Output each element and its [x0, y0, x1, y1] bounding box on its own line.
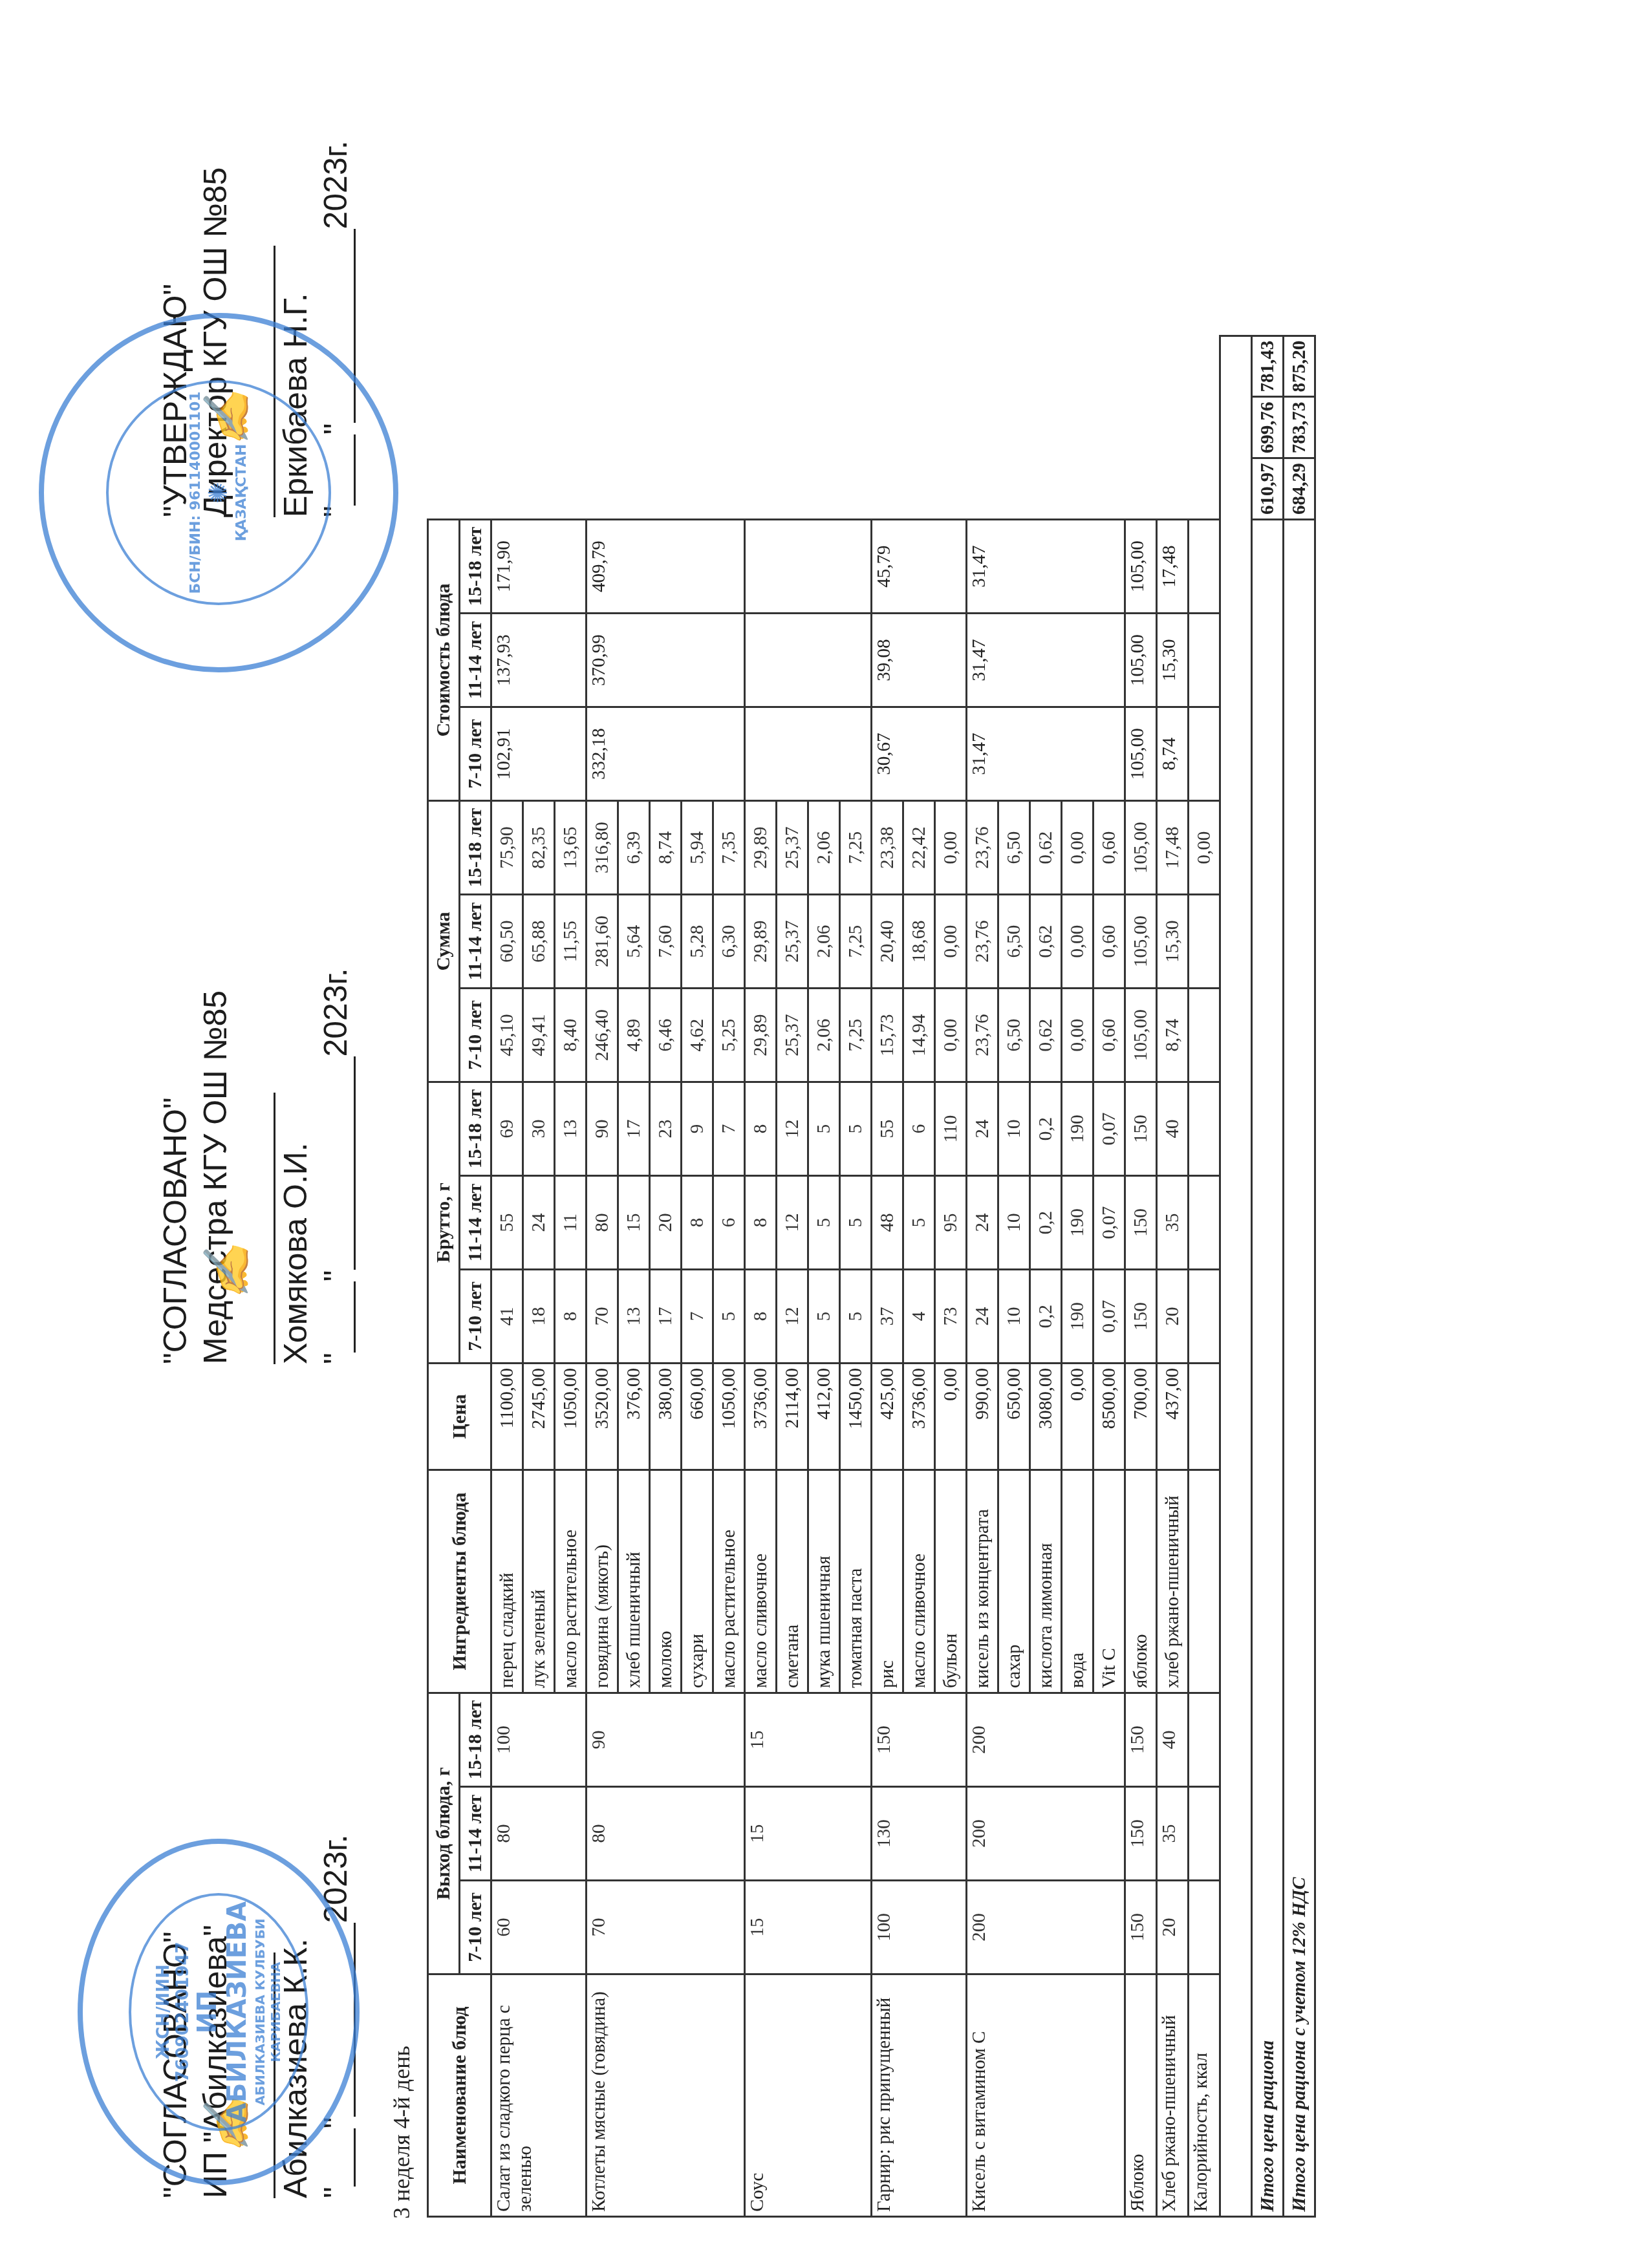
dish-output: 90: [587, 1693, 745, 1787]
ingredient-brutto: 20: [1157, 1270, 1189, 1364]
dish-cost: [745, 520, 872, 614]
calories-output: [1189, 1881, 1220, 1974]
spacer-row: [1220, 336, 1252, 2216]
ingredient-sum: 281,60: [587, 895, 618, 989]
dish-output: 20: [1157, 1881, 1189, 1974]
dish-output: 35: [1157, 1787, 1189, 1881]
ingredient-name: перец сладкий: [491, 1470, 523, 1693]
totals-row: Итого цена рациона с учетом 12% НДС684,2…: [1284, 336, 1315, 2216]
ingredient-brutto: 11: [555, 1176, 587, 1270]
ingredient-name: масло сливочное: [903, 1470, 935, 1693]
ingredient-sum: 45,10: [491, 989, 523, 1082]
ingredient-sum: 7,60: [650, 895, 682, 989]
table-row: Кисель с витамином С200200200кисель из к…: [967, 336, 998, 2216]
ingredient-brutto: 9: [682, 1082, 713, 1176]
ingredient-name: говядина (мякоть): [587, 1470, 618, 1693]
ingredient-brutto: 23: [650, 1082, 682, 1176]
ingredient-price: 1050,00: [713, 1364, 745, 1470]
ingredient-sum: 105,00: [1125, 801, 1157, 895]
header-dish: Наименование блюд: [428, 1974, 491, 2217]
ingredient-brutto: 5: [840, 1270, 872, 1364]
ingredient-sum: 6,30: [713, 895, 745, 989]
ingredient-brutto: 110: [935, 1082, 967, 1176]
ingredient-name: мука пшеничная: [808, 1470, 840, 1693]
ingredient-name: кисель из концентрата: [967, 1470, 998, 1693]
calories-sum: [1189, 989, 1220, 1082]
ingredient-brutto: 5: [808, 1176, 840, 1270]
ingredient-name: Vit C: [1094, 1470, 1125, 1693]
ingredient-brutto: 17: [618, 1082, 650, 1176]
ingredient-sum: 0,00: [1062, 895, 1094, 989]
ingredient-sum: 0,00: [1062, 801, 1094, 895]
ingredient-sum: 15,73: [872, 989, 903, 1082]
ingredient-sum: 23,38: [872, 801, 903, 895]
approval-name: Хомякова О.И.: [275, 968, 316, 1364]
ingredient-sum: 65,88: [523, 895, 555, 989]
dish-cost: 137,93: [491, 614, 587, 707]
ingredient-sum: 0,00: [935, 801, 967, 895]
dish-cost: 105,00: [1125, 520, 1157, 614]
header-ingredients: Ингредиенты блюда: [428, 1470, 491, 1693]
dish-output: 15: [745, 1787, 872, 1881]
dish-output: 70: [587, 1881, 745, 1974]
calories-empty: [1189, 520, 1220, 614]
ingredient-price: 3736,00: [745, 1364, 777, 1470]
ingredient-name: яблоко: [1125, 1470, 1157, 1693]
ingredient-brutto: 7: [713, 1082, 745, 1176]
dish-output: 80: [491, 1787, 587, 1881]
ingredient-brutto: 5: [808, 1082, 840, 1176]
ingredient-price: 0,00: [935, 1364, 967, 1470]
date-quote: ": [318, 1270, 354, 1282]
dish-cost: 39,08: [872, 614, 967, 707]
ingredient-sum: 29,89: [745, 989, 777, 1082]
stamp-supplier: ЖСН/ИИН 760902401947 ИП АБИЛКАЗИЕВА АБИЛ…: [78, 1839, 360, 2185]
ingredient-sum: 29,89: [745, 895, 777, 989]
approval-year: 2023г.: [318, 968, 354, 1056]
table-header-row: Наименование блюд Выход блюда, г Ингреди…: [428, 336, 460, 2216]
ingredient-name: масло растительное: [555, 1470, 587, 1693]
ingredient-sum: 6,50: [998, 989, 1030, 1082]
ingredient-sum: 13,65: [555, 801, 587, 895]
ingredient-brutto: 41: [491, 1270, 523, 1364]
ingredient-sum: 4,89: [618, 989, 650, 1082]
dish-name: Салат из сладкого перца с зеленью: [491, 1974, 587, 2217]
ingredient-sum: 18,68: [903, 895, 935, 989]
ingredient-sum: 75,90: [491, 801, 523, 895]
ingredient-brutto: 5: [808, 1270, 840, 1364]
stamp-text: БСН/БИН: 961140001101: [188, 391, 204, 594]
header-output: Выход блюда, г: [428, 1693, 460, 1974]
dish-cost: 171,90: [491, 520, 587, 614]
dish-cost: 45,79: [872, 520, 967, 614]
ingredient-sum: 6,50: [998, 895, 1030, 989]
ingredient-price: 1450,00: [840, 1364, 872, 1470]
ingredient-sum: 25,37: [777, 895, 808, 989]
ingredient-sum: 82,35: [523, 801, 555, 895]
dish-output: 150: [1125, 1881, 1157, 1974]
ingredient-sum: 6,39: [618, 801, 650, 895]
ingredient-brutto: 8: [745, 1176, 777, 1270]
ingredient-sum: 246,40: [587, 989, 618, 1082]
ingredient-brutto: 37: [872, 1270, 903, 1364]
ingredient-name: масло сливочное: [745, 1470, 777, 1693]
dish-cost: 105,00: [1125, 707, 1157, 801]
dish-output: 100: [491, 1693, 587, 1787]
ingredient-sum: 8,40: [555, 989, 587, 1082]
ingredient-brutto: 12: [777, 1176, 808, 1270]
stamp-school: БСН/БИН: 961140001101 ✺ ҚАЗАҚСТАН: [39, 313, 398, 672]
header-output-age-1: 11-14 лет: [460, 1787, 491, 1881]
dish-output: 150: [872, 1693, 967, 1787]
ingredient-price: 2114,00: [777, 1364, 808, 1470]
ingredient-sum: 0,62: [1030, 801, 1062, 895]
ingredient-brutto: 0,07: [1094, 1270, 1125, 1364]
ingredient-brutto: 7: [682, 1270, 713, 1364]
header-output-age-0: 7-10 лет: [460, 1881, 491, 1974]
dish-output: 80: [587, 1787, 745, 1881]
calories-empty: [1189, 614, 1220, 707]
ingredient-name: бульон: [935, 1470, 967, 1693]
calories-empty: [1189, 1470, 1220, 1693]
ingredient-brutto: 24: [967, 1082, 998, 1176]
ingredient-price: 8500,00: [1094, 1364, 1125, 1470]
ingredient-brutto: 24: [523, 1176, 555, 1270]
ingredient-sum: 6,50: [998, 801, 1030, 895]
ingredient-sum: 7,35: [713, 801, 745, 895]
ingredient-brutto: 190: [1062, 1082, 1094, 1176]
dish-cost: [745, 614, 872, 707]
ingredient-brutto: 6: [713, 1176, 745, 1270]
ingredient-sum: 105,00: [1125, 989, 1157, 1082]
ingredient-name: сухари: [682, 1470, 713, 1693]
ingredient-sum: 8,74: [650, 801, 682, 895]
dish-output: 200: [967, 1787, 1125, 1881]
dish-name: Гарнир: рис припущенный: [872, 1974, 967, 2217]
ingredient-brutto: 150: [1125, 1270, 1157, 1364]
ingredient-name: вода: [1062, 1470, 1094, 1693]
date-day-line: [354, 1281, 356, 1353]
approval-org: Медсестра КГУ ОШ №85: [195, 968, 235, 1364]
ingredient-sum: 2,06: [808, 801, 840, 895]
header-brutto-age-0: 7-10 лет: [460, 1270, 491, 1364]
totals-value: 781,43: [1252, 336, 1284, 397]
dish-cost: 15,30: [1157, 614, 1189, 707]
ingredient-brutto: 4: [903, 1270, 935, 1364]
calories-sum: [1189, 895, 1220, 989]
ingredient-price: 700,00: [1125, 1364, 1157, 1470]
date-quote: ": [318, 2187, 354, 2198]
totals-value: 610,97: [1252, 458, 1284, 520]
calories-empty: [1189, 1176, 1220, 1270]
ingredient-brutto: 55: [872, 1082, 903, 1176]
dish-cost: 102,91: [491, 707, 587, 801]
ingredient-name: сметана: [777, 1470, 808, 1693]
header-brutto-age-2: 15-18 лет: [460, 1082, 491, 1176]
header-cost: Стоимость блюда: [428, 520, 460, 801]
menu-sheet: "СОГЛАСОВАНО" ИП "Абилказиева" Абилказие…: [129, 91, 1552, 2224]
approval-year: 2023г.: [318, 140, 354, 229]
header-output-age-2: 15-18 лет: [460, 1693, 491, 1787]
ingredient-brutto: 48: [872, 1176, 903, 1270]
ingredient-sum: 14,94: [903, 989, 935, 1082]
date-month-line: [354, 1057, 356, 1270]
ingredient-price: 3736,00: [903, 1364, 935, 1470]
ingredient-price: 437,00: [1157, 1364, 1189, 1470]
dish-output: 15: [745, 1881, 872, 1974]
ingredient-brutto: 0,07: [1094, 1176, 1125, 1270]
stamp-text: ИП АБИЛКАЗИЕВА: [193, 1896, 252, 2128]
dish-output: 200: [967, 1881, 1125, 1974]
calories-sum: 0,00: [1189, 801, 1220, 895]
ingredient-name: лук зеленый: [523, 1470, 555, 1693]
ingredient-brutto: 24: [967, 1270, 998, 1364]
calories-empty: [1189, 1082, 1220, 1176]
ingredient-name: масло растительное: [713, 1470, 745, 1693]
ingredient-sum: 60,50: [491, 895, 523, 989]
ingredient-sum: 5,64: [618, 895, 650, 989]
ingredient-brutto: 8: [745, 1270, 777, 1364]
ingredient-price: 425,00: [872, 1364, 903, 1470]
header-sum: Сумма: [428, 801, 460, 1082]
ingredient-sum: 5,94: [682, 801, 713, 895]
header-sum-age-0: 7-10 лет: [460, 989, 491, 1082]
ingredient-price: 380,00: [650, 1364, 682, 1470]
ingredient-brutto: 30: [523, 1082, 555, 1176]
ingredient-name: молоко: [650, 1470, 682, 1693]
calories-label: Калорийность, ккал: [1189, 1974, 1220, 2217]
spacer-cell: [1220, 336, 1252, 2216]
ingredient-brutto: 0,2: [1030, 1176, 1062, 1270]
ingredient-name: хлеб ржано-пшеничный: [1157, 1470, 1189, 1693]
ingredient-brutto: 13: [618, 1270, 650, 1364]
dish-name: Соус: [745, 1974, 872, 2217]
dish-output: 150: [1125, 1693, 1157, 1787]
stamp-text: ҚАЗАҚСТАН: [233, 444, 250, 541]
ingredient-sum: 0,60: [1094, 801, 1125, 895]
ingredient-brutto: 10: [998, 1176, 1030, 1270]
header-cost-age-1: 11-14 лет: [460, 614, 491, 707]
stamp-text: ЖСН/ИИН: [154, 1964, 173, 2059]
header-brutto-age-1: 11-14 лет: [460, 1176, 491, 1270]
table-row: Котлеты мясные (говядина)708090говядина …: [587, 336, 618, 2216]
ingredient-sum: 17,48: [1157, 801, 1189, 895]
ingredient-brutto: 190: [1062, 1270, 1094, 1364]
dish-cost: 30,67: [872, 707, 967, 801]
dish-output: 60: [491, 1881, 587, 1974]
ingredient-brutto: 70: [587, 1270, 618, 1364]
ingredient-brutto: 8: [555, 1270, 587, 1364]
table-age-header-row: 7-10 лет11-14 лет15-18 лет7-10 лет11-14 …: [460, 336, 491, 2216]
dish-output: 40: [1157, 1693, 1189, 1787]
table-row: Яблоко150150150яблоко700,00150150150105,…: [1125, 336, 1157, 2216]
ingredient-brutto: 5: [713, 1270, 745, 1364]
ingredient-sum: 7,25: [840, 801, 872, 895]
ingredient-brutto: 12: [777, 1270, 808, 1364]
ingredient-name: томатная паста: [840, 1470, 872, 1693]
dish-name: Кисель с витамином С: [967, 1974, 1125, 2217]
dish-cost: 409,79: [587, 520, 745, 614]
ingredient-sum: 105,00: [1125, 895, 1157, 989]
ingredient-sum: 25,37: [777, 989, 808, 1082]
ingredient-sum: 8,74: [1157, 989, 1189, 1082]
ingredient-brutto: 73: [935, 1270, 967, 1364]
approval-title: "СОГЛАСОВАНО": [155, 968, 195, 1364]
ingredient-price: 0,00: [1062, 1364, 1094, 1470]
signature-scribble-nurse: ✍: [200, 1243, 254, 1300]
ingredient-price: 3520,00: [587, 1364, 618, 1470]
ingredient-sum: 7,25: [840, 989, 872, 1082]
ingredient-sum: 0,62: [1030, 895, 1062, 989]
header-brutto: Брутто, г: [428, 1082, 460, 1364]
ingredient-sum: 29,89: [745, 801, 777, 895]
ingredient-sum: 316,80: [587, 801, 618, 895]
calories-output: [1189, 1787, 1220, 1881]
ingredient-sum: 22,42: [903, 801, 935, 895]
menu-table: Наименование блюд Выход блюда, г Ингреди…: [427, 335, 1316, 2218]
ingredient-brutto: 90: [587, 1082, 618, 1176]
ingredient-brutto: 150: [1125, 1082, 1157, 1176]
ingredient-sum: 6,46: [650, 989, 682, 1082]
dish-output: 130: [872, 1787, 967, 1881]
stamp-text: АБИЛКАЗИЕВА КУЛБУБИ КАРИБАЕВНА: [252, 1896, 283, 2128]
totals-row: Итого цена рациона610,97699,76781,43: [1252, 336, 1284, 2216]
ingredient-sum: 49,41: [523, 989, 555, 1082]
dish-cost: 31,47: [967, 520, 1125, 614]
ingredient-sum: 11,55: [555, 895, 587, 989]
ingredient-brutto: 10: [998, 1082, 1030, 1176]
totals-value: 684,29: [1284, 458, 1315, 520]
dish-cost: 31,47: [967, 614, 1125, 707]
ingredient-brutto: 69: [491, 1082, 523, 1176]
ingredient-sum: 0,00: [1062, 989, 1094, 1082]
ingredient-brutto: 6: [903, 1082, 935, 1176]
dish-cost: 332,18: [587, 707, 745, 801]
ingredient-brutto: 17: [650, 1270, 682, 1364]
ingredient-brutto: 20: [650, 1176, 682, 1270]
header-cost-age-0: 7-10 лет: [460, 707, 491, 801]
ingredient-sum: 20,40: [872, 895, 903, 989]
calories-empty: [1189, 1364, 1220, 1470]
dish-cost: 8,74: [1157, 707, 1189, 801]
ingredient-brutto: 15: [618, 1176, 650, 1270]
ingredient-sum: 2,06: [808, 989, 840, 1082]
totals-label: Итого цена рациона: [1252, 520, 1284, 2217]
ingredient-sum: 0,60: [1094, 895, 1125, 989]
ingredient-brutto: 5: [840, 1082, 872, 1176]
ingredient-name: хлеб пшеничный: [618, 1470, 650, 1693]
dish-name: Котлеты мясные (говядина): [587, 1974, 745, 2217]
week-day-label: 3 неделя 4-й день: [388, 2046, 415, 2219]
dish-output: 200: [967, 1693, 1125, 1787]
ingredient-brutto: 18: [523, 1270, 555, 1364]
dish-cost: 31,47: [967, 707, 1125, 801]
ingredient-name: кислота лимонная: [1030, 1470, 1062, 1693]
table-row: Хлеб ржано-пшеничный203540хлеб ржано-пше…: [1157, 336, 1189, 2216]
ingredient-price: 1100,00: [491, 1364, 523, 1470]
ingredient-price: 1050,00: [555, 1364, 587, 1470]
dish-cost: 370,99: [587, 614, 745, 707]
ingredient-brutto: 40: [1157, 1082, 1189, 1176]
dish-cost: 17,48: [1157, 520, 1189, 614]
dish-output: 100: [872, 1881, 967, 1974]
ingredient-brutto: 95: [935, 1176, 967, 1270]
ingredient-price: 990,00: [967, 1364, 998, 1470]
ingredient-sum: 15,30: [1157, 895, 1189, 989]
header-cost-age-2: 15-18 лет: [460, 520, 491, 614]
dish-output: 15: [745, 1693, 872, 1787]
ingredient-sum: 25,37: [777, 801, 808, 895]
ingredient-brutto: 5: [903, 1176, 935, 1270]
ingredient-brutto: 5: [840, 1176, 872, 1270]
ingredient-sum: 0,62: [1030, 989, 1062, 1082]
header-sum-age-2: 15-18 лет: [460, 801, 491, 895]
approval-block-nurse: "СОГЛАСОВАНО" Медсестра КГУ ОШ №85 Хомяк…: [155, 968, 356, 1364]
ingredient-sum: 0,60: [1094, 989, 1125, 1082]
ingredient-name: рис: [872, 1470, 903, 1693]
header-sum-age-1: 11-14 лет: [460, 895, 491, 989]
ingredient-sum: 0,00: [935, 895, 967, 989]
ingredient-brutto: 190: [1062, 1176, 1094, 1270]
dish-cost: 105,00: [1125, 614, 1157, 707]
totals-label: Итого цена рациона с учетом 12% НДС: [1284, 520, 1315, 2217]
ingredient-price: 412,00: [808, 1364, 840, 1470]
totals-value: 699,76: [1252, 397, 1284, 458]
ingredient-brutto: 8: [745, 1082, 777, 1176]
stamp-text: 760902401947: [173, 1942, 193, 2082]
dish-output: 150: [1125, 1787, 1157, 1881]
ingredient-brutto: 0,2: [1030, 1270, 1062, 1364]
ingredient-brutto: 35: [1157, 1176, 1189, 1270]
dish-cost: [745, 707, 872, 801]
table-row: Гарнир: рис припущенный100130150рис425,0…: [872, 336, 903, 2216]
calories-row: Калорийность, ккал0,00: [1189, 336, 1220, 2216]
totals-value: 875,20: [1284, 336, 1315, 397]
ingredient-brutto: 10: [998, 1270, 1030, 1364]
ingredient-price: 376,00: [618, 1364, 650, 1470]
ingredient-sum: 23,76: [967, 895, 998, 989]
date-quote: ": [318, 1353, 354, 1364]
totals-value: 783,73: [1284, 397, 1315, 458]
ingredient-sum: 5,28: [682, 895, 713, 989]
date-day-line: [354, 2128, 356, 2187]
ingredient-brutto: 24: [967, 1176, 998, 1270]
calories-empty: [1189, 1270, 1220, 1364]
ingredient-sum: 0,00: [935, 989, 967, 1082]
ingredient-price: 2745,00: [523, 1364, 555, 1470]
table-row: Салат из сладкого перца с зеленью6080100…: [491, 336, 523, 2216]
ingredient-sum: 5,25: [713, 989, 745, 1082]
header-price: Цена: [428, 1364, 491, 1470]
ingredient-price: 660,00: [682, 1364, 713, 1470]
dish-name: Яблоко: [1125, 1974, 1157, 2217]
ingredient-brutto: 8: [682, 1176, 713, 1270]
ingredient-sum: 4,62: [682, 989, 713, 1082]
ingredient-sum: 23,76: [967, 989, 998, 1082]
ingredient-sum: 23,76: [967, 801, 998, 895]
ingredient-brutto: 0,2: [1030, 1082, 1062, 1176]
ingredient-sum: 2,06: [808, 895, 840, 989]
calories-output: [1189, 1693, 1220, 1787]
ingredient-sum: 7,25: [840, 895, 872, 989]
ingredient-brutto: 55: [491, 1176, 523, 1270]
ingredient-price: 650,00: [998, 1364, 1030, 1470]
dish-name: Хлеб ржано-пшеничный: [1157, 1974, 1189, 2217]
ingredient-brutto: 13: [555, 1082, 587, 1176]
ingredient-name: сахар: [998, 1470, 1030, 1693]
ingredient-brutto: 80: [587, 1176, 618, 1270]
table-row: Соус151515масло сливочное3736,0088829,89…: [745, 336, 777, 2216]
